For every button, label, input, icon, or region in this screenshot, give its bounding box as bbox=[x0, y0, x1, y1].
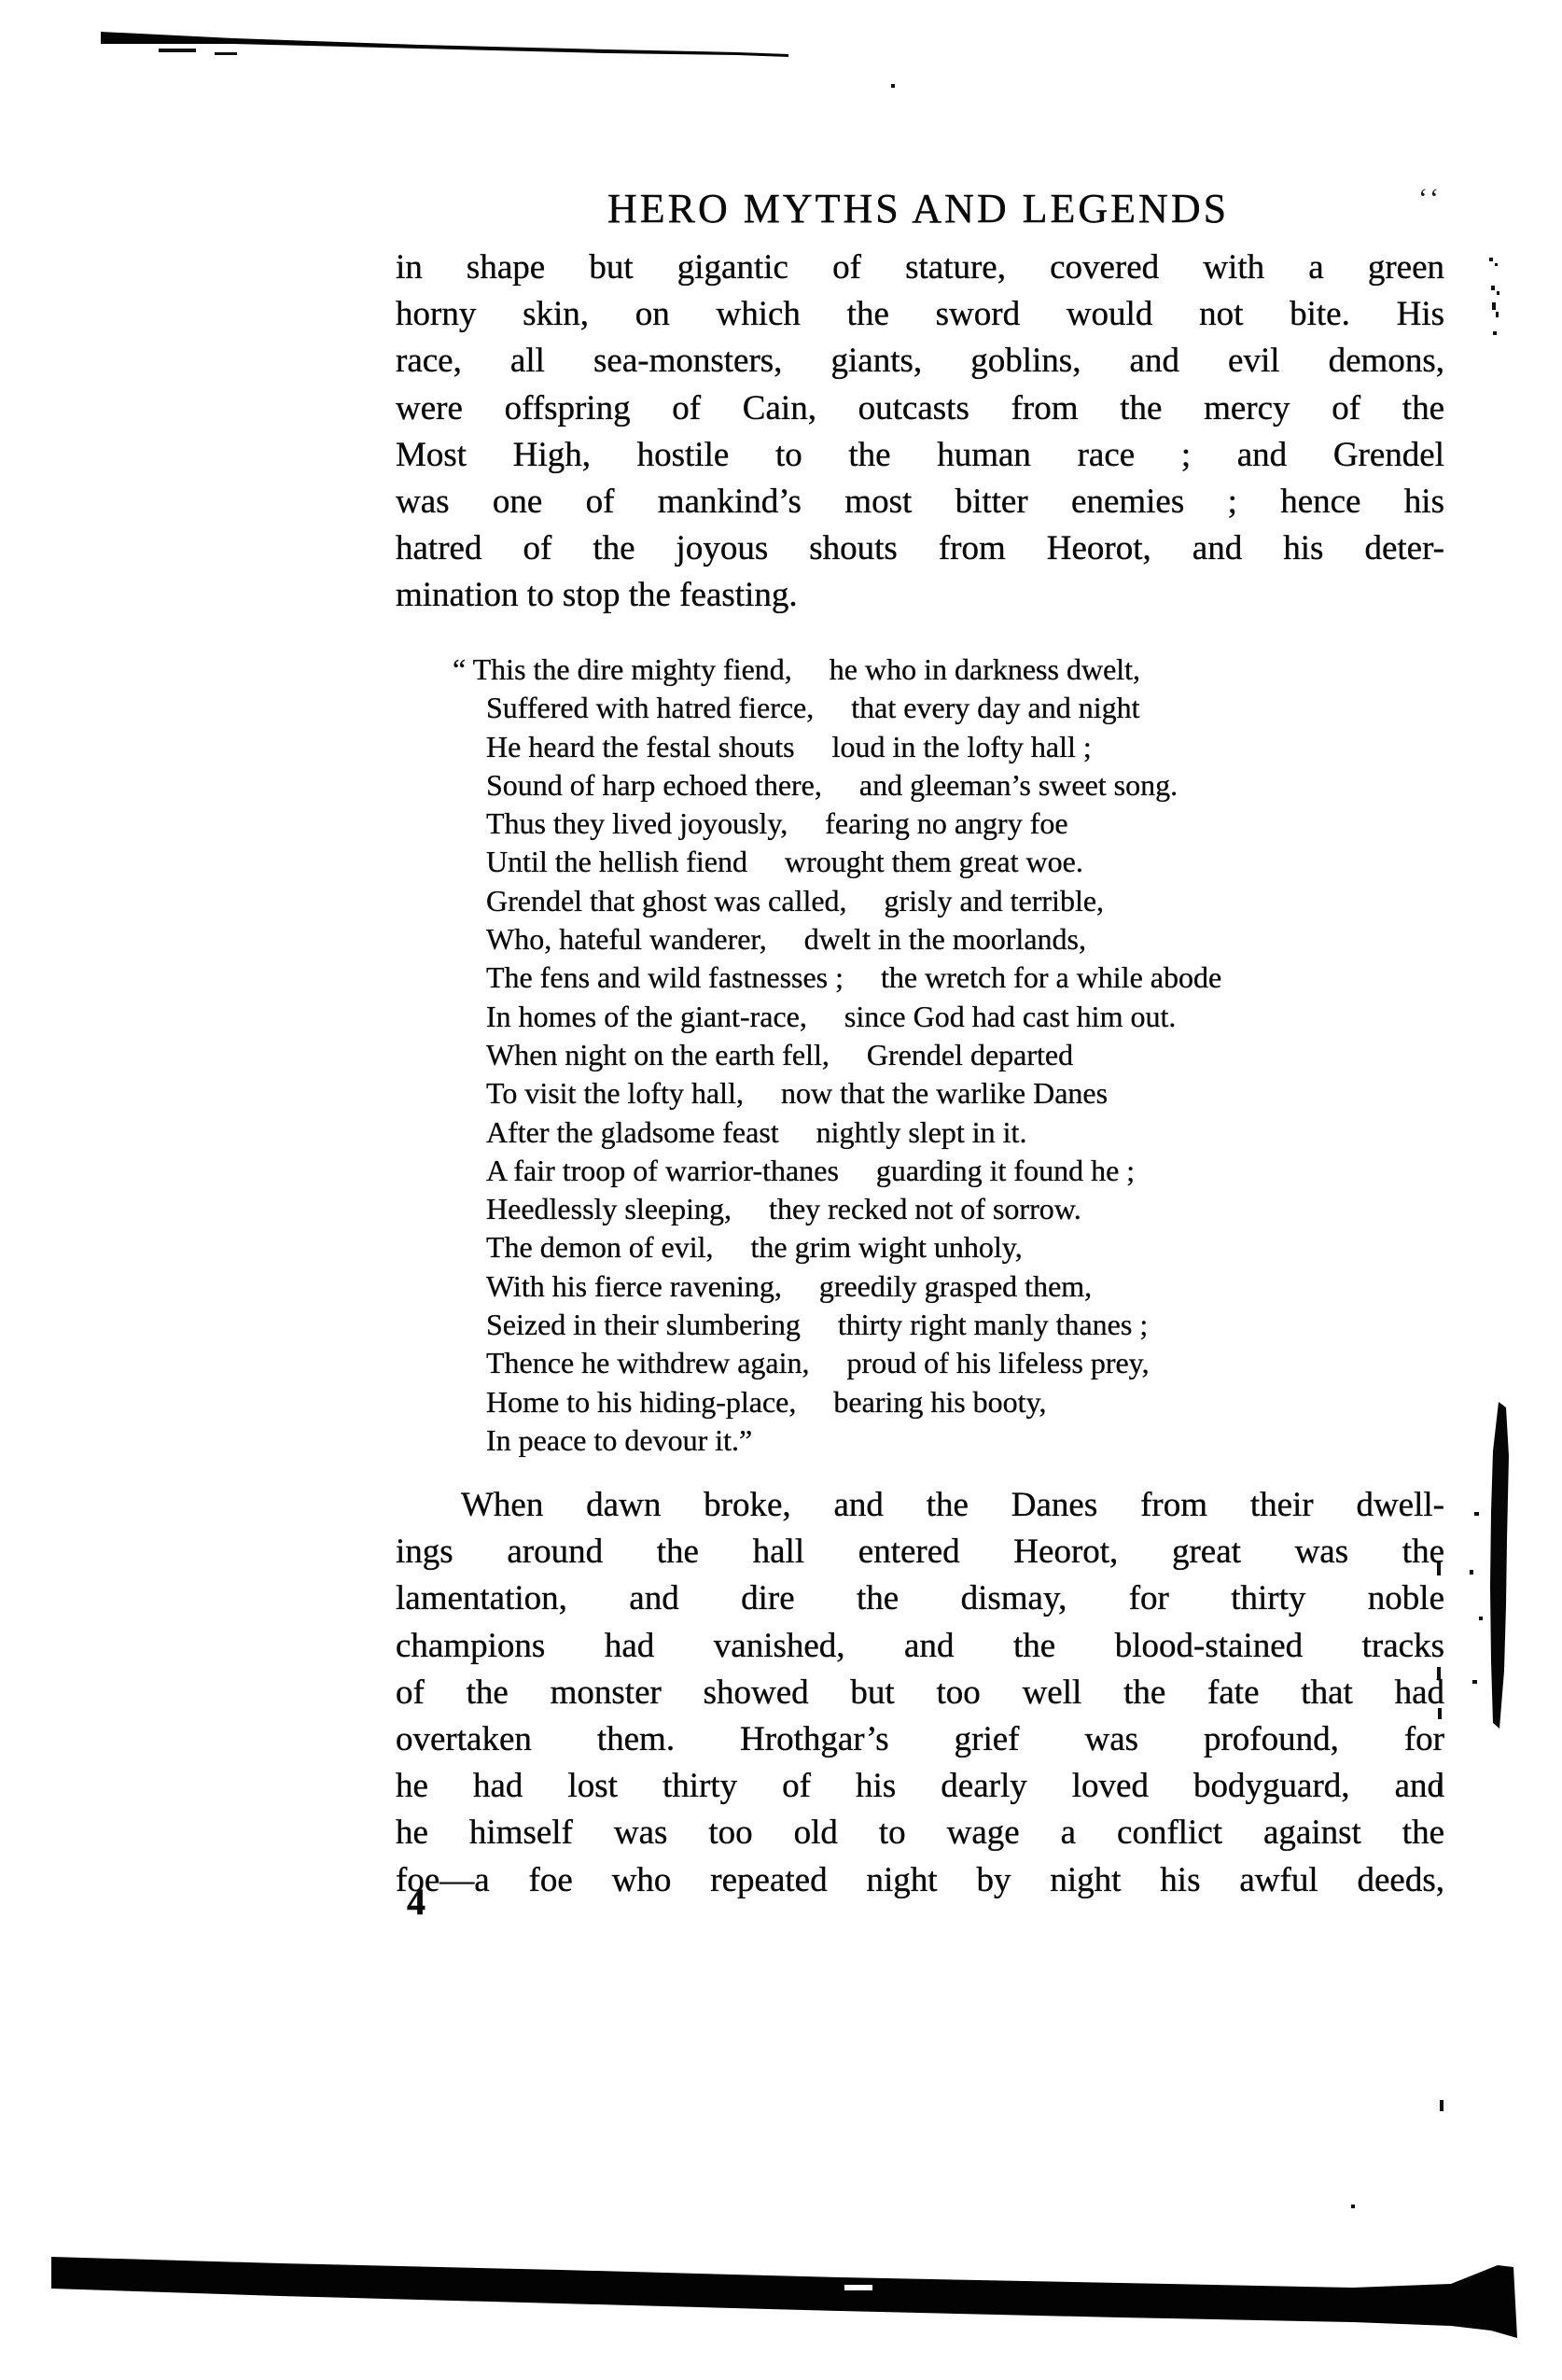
scan-speck bbox=[1496, 312, 1499, 317]
page-number: 4 bbox=[407, 1880, 425, 1924]
scan-artifact-bottom-bar bbox=[51, 2257, 1517, 2338]
scan-dash bbox=[1440, 2100, 1443, 2111]
text-line: He heard the festal shouts loud in the l… bbox=[486, 728, 1221, 766]
scan-speck bbox=[1491, 286, 1495, 290]
scan-artifact-right-streak bbox=[1490, 1402, 1509, 1729]
book-page-scan: HERO MYTHS AND LEGENDS ʻʻ in shape but g… bbox=[0, 0, 1562, 2380]
text-line: of the monster showed but too well the f… bbox=[396, 1670, 1444, 1716]
text-line: When night on the earth fell, Grendel de… bbox=[486, 1036, 1221, 1074]
text-line: The fens and wild fastnesses ; the wretc… bbox=[486, 959, 1221, 997]
text-line: ings around the hall entered Heorot, gre… bbox=[396, 1529, 1444, 1575]
text-line: was one of mankind’s most bitter enemies… bbox=[396, 479, 1444, 525]
text-line: Grendel that ghost was called, grisly an… bbox=[486, 882, 1221, 920]
scan-speck bbox=[1472, 1680, 1477, 1684]
scan-speck bbox=[891, 84, 895, 88]
scan-artifact-top-streak bbox=[101, 32, 788, 57]
text-line: Home to his hiding-place, bearing his bo… bbox=[486, 1383, 1221, 1421]
text-line: Who, hateful wanderer, dwelt in the moor… bbox=[486, 920, 1221, 959]
scan-speck bbox=[1497, 291, 1499, 295]
scan-speck bbox=[1495, 263, 1498, 266]
scan-speck bbox=[1489, 258, 1493, 261]
text-line: “ This the dire mighty fiend, he who in … bbox=[453, 651, 1221, 689]
scan-speck bbox=[1351, 2205, 1355, 2208]
stray-quote-mark: ʻʻ bbox=[1418, 183, 1441, 215]
paragraph-aftermath: When dawn broke, and the Danes from thei… bbox=[396, 1482, 1444, 1904]
text-line: Most High, hostile to the human race ; a… bbox=[396, 432, 1444, 479]
paragraph-grendel-description: in shape but gigantic of stature, covere… bbox=[396, 245, 1444, 620]
scan-speck bbox=[1493, 331, 1497, 335]
text-line: lamentation, and dire the dismay, for th… bbox=[396, 1575, 1444, 1622]
scan-speck bbox=[844, 2285, 872, 2290]
text-line: In homes of the giant-race, since God ha… bbox=[486, 998, 1221, 1036]
scan-speck bbox=[1492, 302, 1496, 310]
text-line: With his fierce ravening, greedily grasp… bbox=[486, 1267, 1221, 1306]
scan-speck bbox=[1479, 1617, 1483, 1620]
scan-speck bbox=[159, 49, 196, 52]
text-line: To visit the lofty hall, now that the wa… bbox=[486, 1074, 1221, 1113]
text-line: After the gladsome feast nightly slept i… bbox=[486, 1113, 1221, 1152]
text-line: mination to stop the feasting. bbox=[396, 572, 1444, 619]
text-line: foe—a foe who repeated night by night hi… bbox=[396, 1857, 1444, 1904]
text-line: Sound of harp echoed there, and gleeman’… bbox=[486, 766, 1221, 805]
text-line: Seized in their slumbering thirty right … bbox=[486, 1306, 1221, 1344]
text-line: horny skin, on which the sword would not… bbox=[396, 291, 1444, 338]
text-line: Thence he withdrew again, proud of his l… bbox=[486, 1344, 1221, 1382]
text-line: he himself was too old to wage a conflic… bbox=[396, 1810, 1444, 1856]
text-line: A fair troop of warrior-thanes guarding … bbox=[486, 1152, 1221, 1190]
text-line: The demon of evil, the grim wight unholy… bbox=[486, 1228, 1221, 1267]
text-line: Heedlessly sleeping, they recked not of … bbox=[486, 1190, 1221, 1228]
text-line: Until the hellish fiend wrought them gre… bbox=[486, 843, 1221, 881]
poem-beowulf-quotation: “ This the dire mighty fiend, he who in … bbox=[486, 651, 1221, 1460]
scan-speck bbox=[215, 52, 237, 55]
text-line: he had lost thirty of his dearly loved b… bbox=[396, 1763, 1444, 1810]
text-line: race, all sea-monsters, giants, goblins,… bbox=[396, 338, 1444, 385]
text-line: Thus they lived joyously, fearing no ang… bbox=[486, 805, 1221, 843]
text-line: were offspring of Cain, outcasts from th… bbox=[396, 385, 1444, 432]
running-header: HERO MYTHS AND LEGENDS bbox=[392, 185, 1444, 232]
text-line: overtaken them. Hrothgar’s grief was pro… bbox=[396, 1716, 1444, 1763]
text-line: hatred of the joyous shouts from Heorot,… bbox=[396, 525, 1444, 572]
text-line: in shape but gigantic of stature, covere… bbox=[396, 245, 1444, 291]
text-line: When dawn broke, and the Danes from thei… bbox=[396, 1482, 1444, 1529]
scan-speck bbox=[1474, 1512, 1479, 1516]
text-line: champions had vanished, and the blood-st… bbox=[396, 1623, 1444, 1670]
scan-speck bbox=[1470, 1570, 1473, 1575]
text-line: In peace to devour it.” bbox=[486, 1421, 1221, 1460]
text-line: Suffered with hatred fierce, that every … bbox=[486, 689, 1221, 727]
